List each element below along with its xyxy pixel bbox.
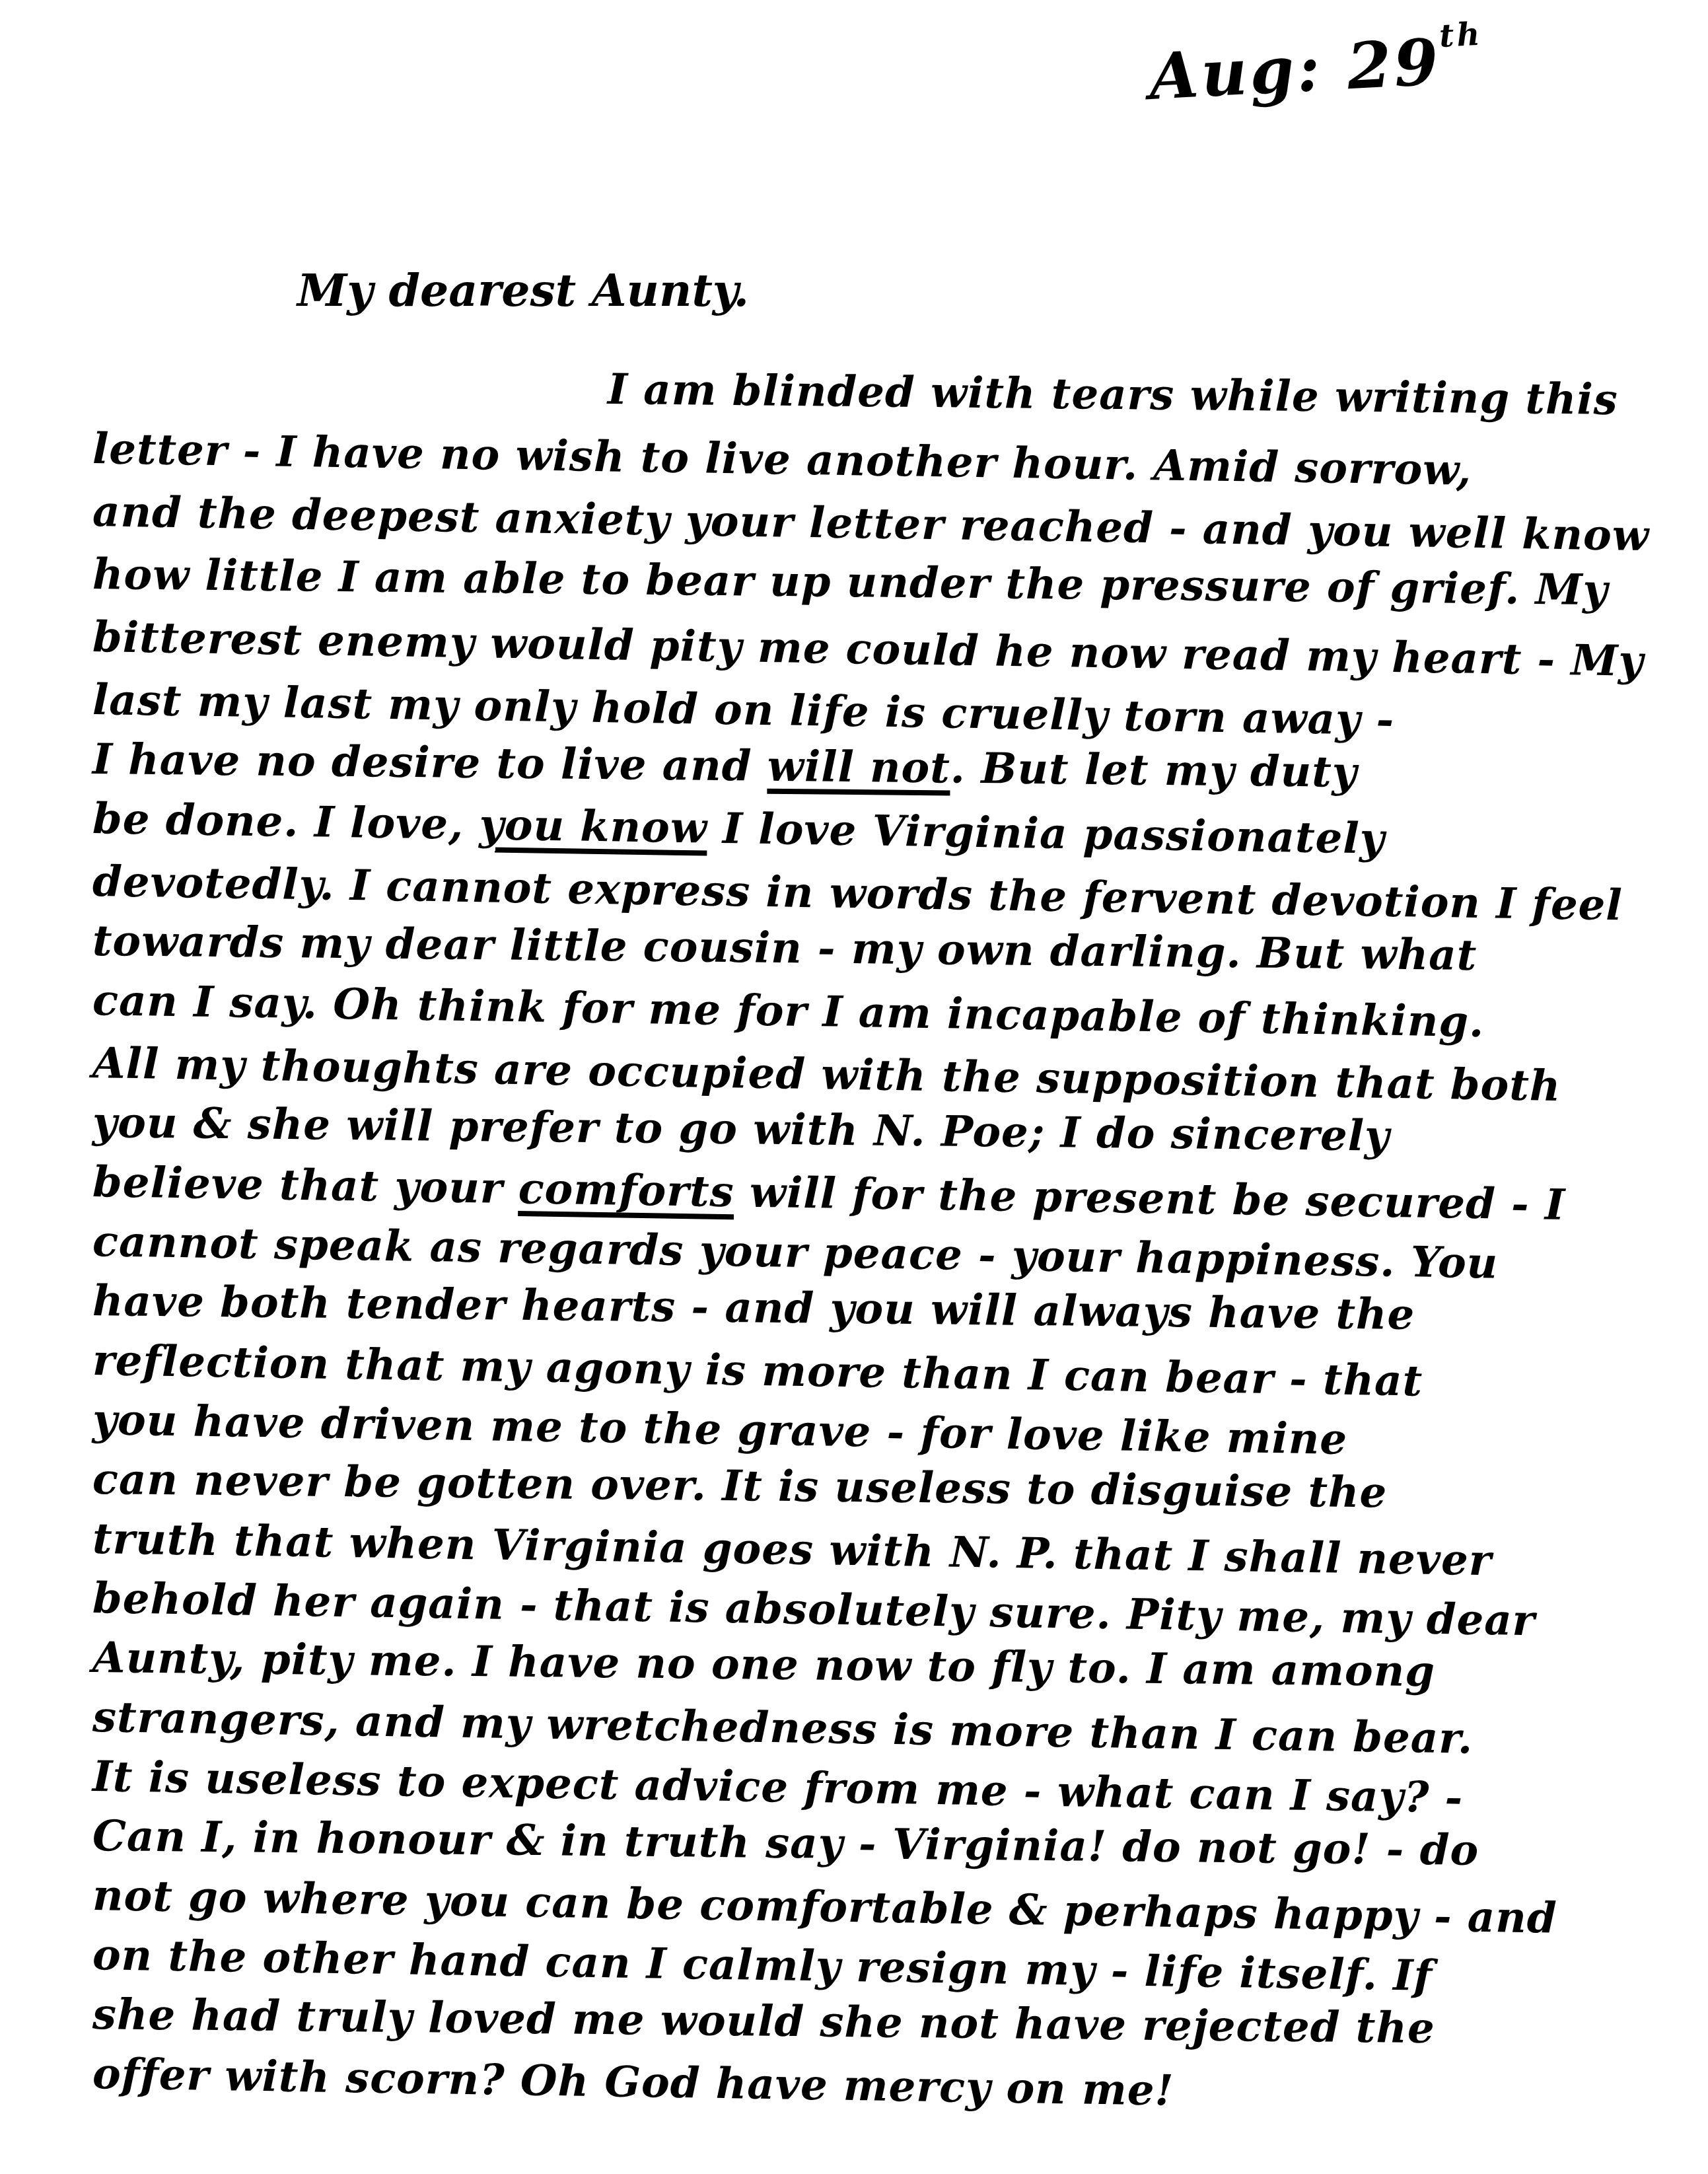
letter-line: can I say. Oh think for me for I am inca…: [92, 974, 1485, 1049]
letter-line: be done. I love, you know I love Virgini…: [92, 793, 1385, 866]
letter-line: bitterest enemy would pity me could he n…: [92, 611, 1644, 688]
underlined-phrase: comforts: [518, 1164, 734, 1217]
underlined-phrase: you know: [479, 800, 707, 853]
salutation: My dearest Aunty.: [297, 264, 749, 317]
date-text: Aug: 29: [1147, 24, 1442, 114]
letter-page: Aug: 29th My dearest Aunty. I am blinded…: [0, 0, 1708, 2174]
letter-date: Aug: 29th: [1147, 22, 1485, 114]
letter-line: letter - I have no wish to live another …: [92, 423, 1472, 497]
letter-line: offer with scorn? Oh God have mercy on m…: [92, 2048, 1174, 2118]
date-suffix: th: [1439, 16, 1483, 55]
letter-line: I am blinded with tears while writing th…: [608, 363, 1619, 427]
underlined-phrase: will not: [767, 742, 950, 793]
